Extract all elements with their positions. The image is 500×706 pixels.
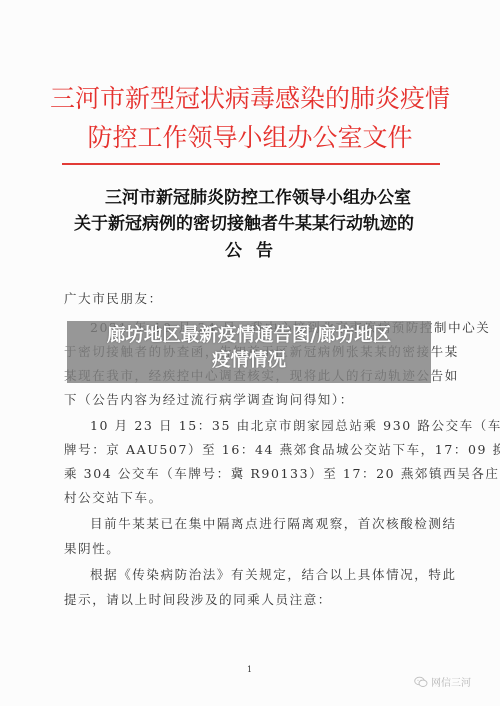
caption-line1: 廊坊地区最新疫情通告图/廊坊地区 (67, 323, 431, 348)
watermark: 网信三河 (414, 674, 471, 689)
body-line: 牌号：京 AAU507）至 16：44 燕郊食品城公交站下车，17：09 换 (64, 442, 500, 458)
body-line: 根据《传染病防治法》有关规定，结合以上具体情况，特此 (90, 567, 457, 583)
doc-title-line1: 三河市新冠肺炎防控工作领导小组办公室 (8, 187, 500, 209)
caption-overlay: 廊坊地区最新疫情通告图/廊坊地区 疫情情况 (67, 323, 431, 373)
body-line: 目前牛某某已在集中隔离点进行隔离观察，首次核酸检测结 (90, 516, 457, 532)
body-line: 10 月 23 日 15：35 由北京市朗家园总站乘 930 路公交车（车 (90, 418, 500, 434)
watermark-text: 网信三河 (431, 674, 471, 689)
red-divider (62, 163, 440, 165)
caption-line2: 疫情情况 (67, 348, 431, 373)
doc-title-line2: 关于新冠病例的密切接触者牛某某行动轨迹的 (0, 213, 494, 235)
wechat-icon (414, 676, 428, 688)
body-line: 果阴性。 (64, 541, 120, 557)
doc-title-line3: 公告 (6, 240, 500, 262)
body-line: 下（公告内容为经过流行病学调查询问得知）： (64, 392, 354, 408)
body-line: 村公交站下车。 (64, 490, 163, 506)
page-number: 1 (247, 665, 252, 674)
red-header-title-line2: 防控工作领导小组办公室文件 (0, 121, 500, 155)
salutation: 广大市民朋友： (64, 291, 163, 307)
red-header-title-line1: 三河市新型冠状病毒感染的肺炎疫情 (0, 82, 500, 116)
body-line: 提示，请以上时间段涉及的同乘人员注意： (64, 592, 332, 608)
body-line: 乘 304 公交车（车牌号：冀 R90133）至 17：20 燕郊镇西吴各庄 (64, 466, 500, 482)
